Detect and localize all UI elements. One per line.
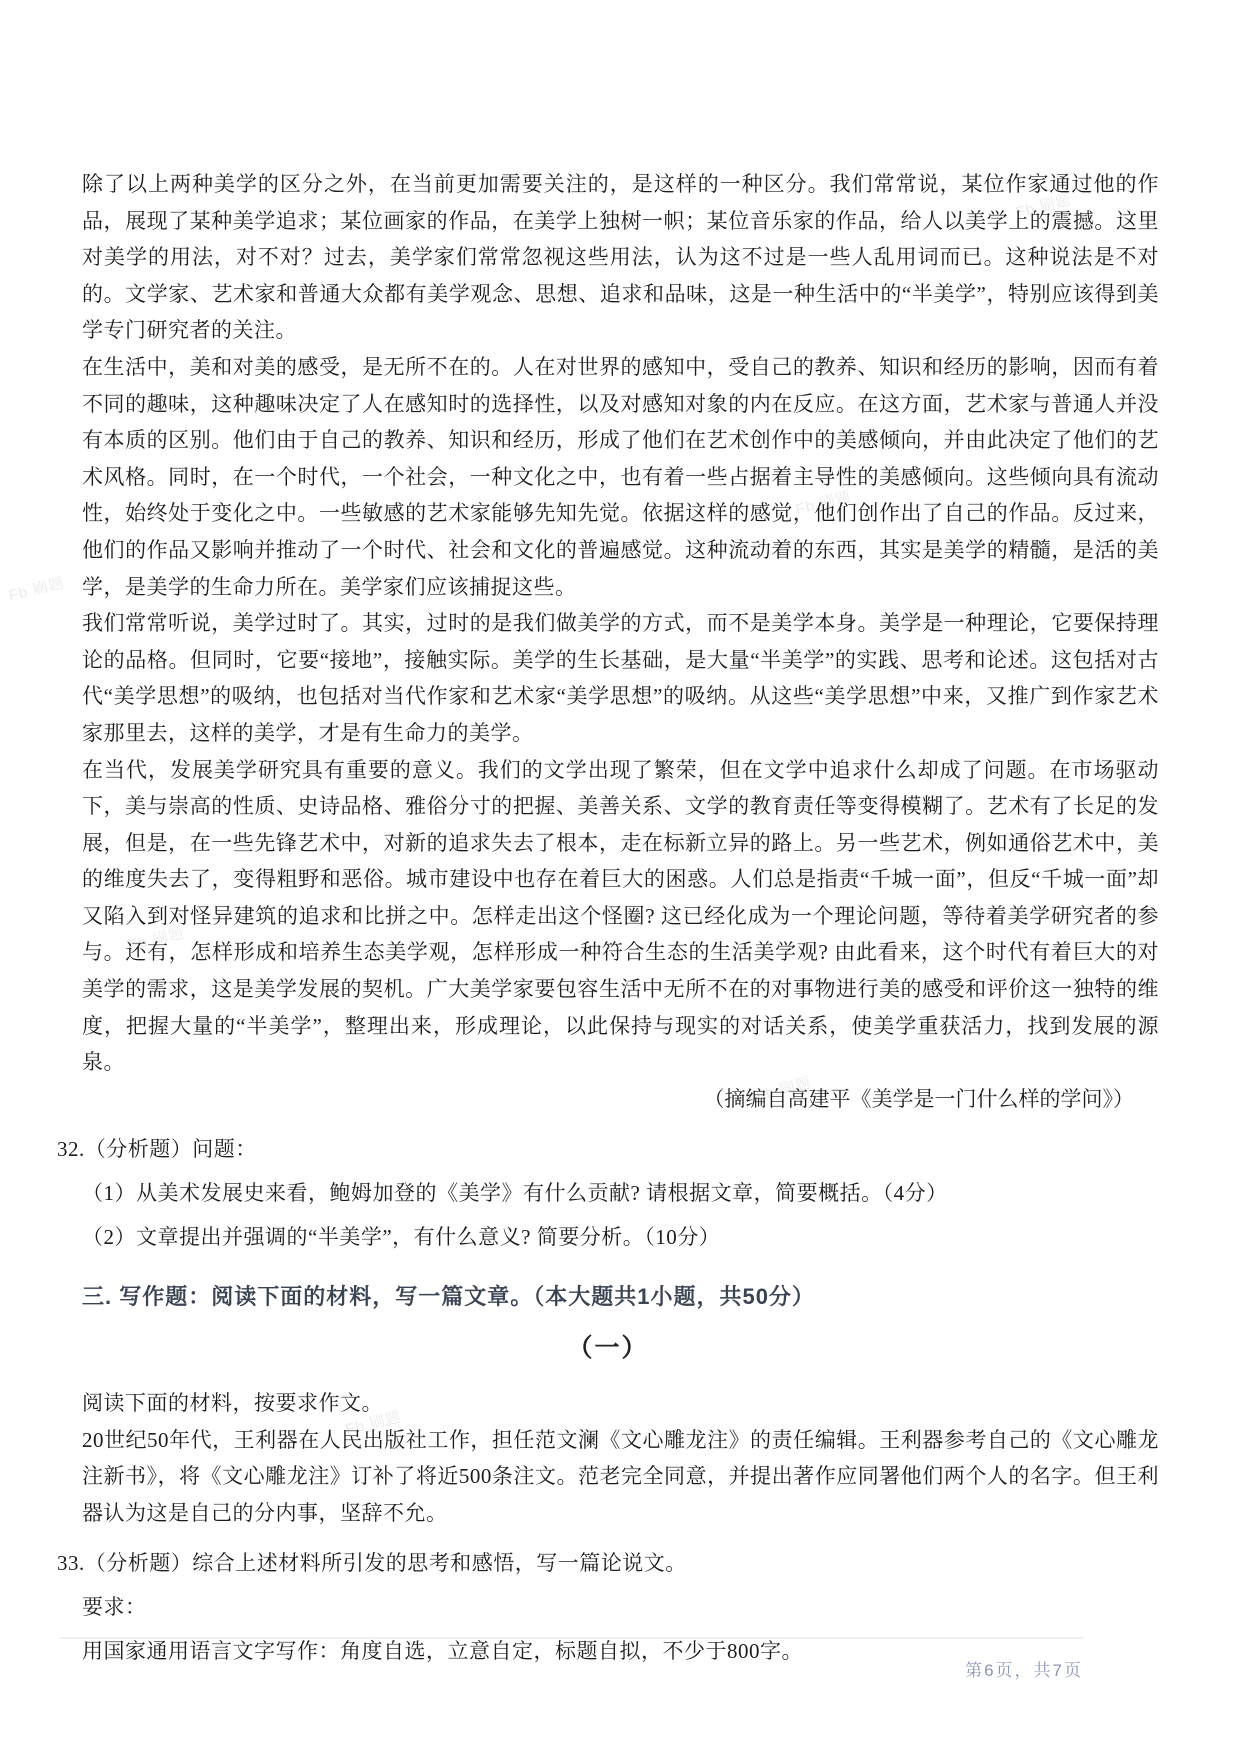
question-stem: 综合上述材料所引发的思考和感悟，写一篇论说文。 xyxy=(192,1551,687,1575)
section-heading: 三. 写作题：阅读下面的材料，写一篇文章。（本大题共1小题，共50分） xyxy=(82,1282,1159,1312)
document-page: Fb 刷题 Fb 刷题 Fb 刷题 Fb 刷题 Fb 刷题 Fb 刷题 除了以上… xyxy=(0,0,1239,1754)
question-number: 32. xyxy=(57,1137,85,1161)
passage-paragraph: 在生活中，美和对美的感受，是无所不在的。人在对世界的感知中，受自己的教养、知识和… xyxy=(82,349,1159,605)
footer-divider xyxy=(60,1637,1083,1639)
page-content: 除了以上两种美学的区分之外，在当前更加需要关注的，是这样的一种区分。我们常常说，… xyxy=(57,166,1159,1670)
question-33: 33.（分析题）综合上述材料所引发的思考和感悟，写一篇论说文。 xyxy=(57,1545,1159,1582)
source-attribution: （摘编自高建平《美学是一门什么样的学问》） xyxy=(82,1081,1134,1118)
passage-paragraph: 除了以上两种美学的区分之外，在当前更加需要关注的，是这样的一种区分。我们常常说，… xyxy=(82,166,1159,349)
page-number: 第6页，共7页 xyxy=(965,1656,1083,1681)
sub-question-1: （1）从美术发展史来看，鲍姆加登的《美学》有什么贡献? 请根据文章，简要概括。（… xyxy=(82,1175,1159,1212)
part-label: （一） xyxy=(57,1328,1159,1364)
question-32: 32.（分析题）问题： xyxy=(57,1131,1159,1168)
question-type-label: （分析题） xyxy=(85,1137,193,1161)
question-stem: 问题： xyxy=(192,1137,257,1161)
question-number: 33. xyxy=(57,1551,85,1575)
passage-paragraph: 在当代，发展美学研究具有重要的意义。我们的文学出现了繁荣，但在文学中追求什么却成… xyxy=(82,752,1159,1081)
reading-passage: 除了以上两种美学的区分之外，在当前更加需要关注的，是这样的一种区分。我们常常说，… xyxy=(82,166,1159,1081)
passage-paragraph: 我们常常听说，美学过时了。其实，过时的是我们做美学的方式，而不是美学本身。美学是… xyxy=(82,605,1159,751)
question-type-label: （分析题） xyxy=(85,1551,193,1575)
requirements-label: 要求： xyxy=(82,1589,1159,1626)
material-paragraph: 20世纪50年代，王利器在人民出版社工作，担任范文澜《文心雕龙注》的责任编辑。王… xyxy=(82,1422,1159,1532)
material-intro: 阅读下面的材料，按要求作文。 xyxy=(82,1385,1159,1422)
sub-question-2: （2）文章提出并强调的“半美学”，有什么意义? 简要分析。（10分） xyxy=(82,1219,1159,1256)
